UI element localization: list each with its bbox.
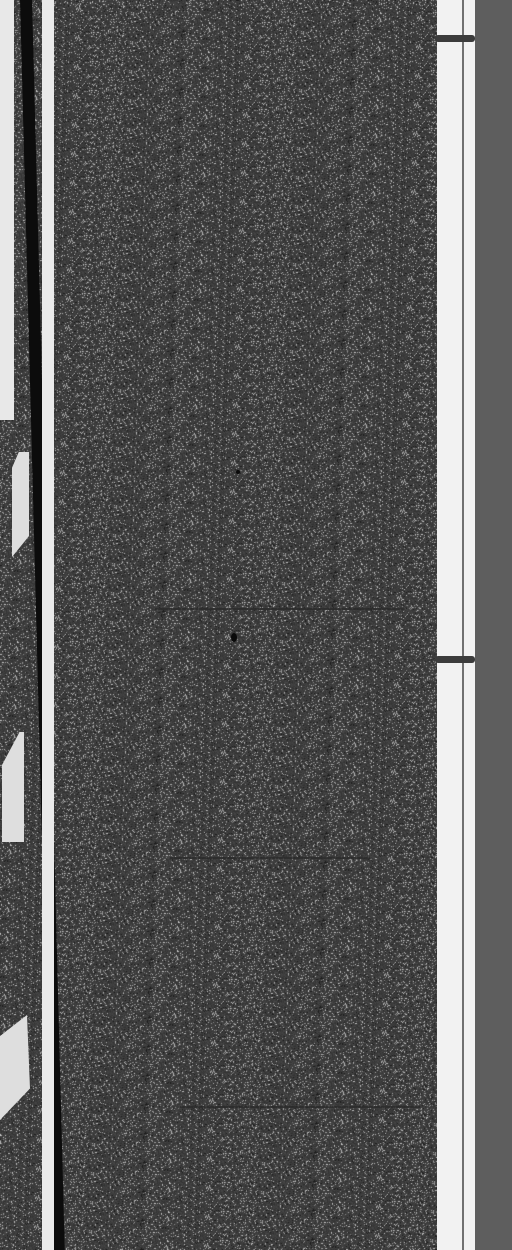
far-left-line [0, 0, 14, 420]
road-scan [0, 0, 512, 1250]
marking-joint [435, 656, 475, 663]
left-lane-line [42, 0, 54, 1250]
pothole-spot [231, 633, 237, 642]
pothole-spot [236, 470, 240, 474]
edge-line-crack [462, 0, 464, 1250]
right-shoulder [475, 0, 512, 1250]
transverse-seam [155, 608, 405, 610]
right-edge-line [437, 0, 475, 1250]
marking-joint [435, 35, 475, 42]
asphalt-texture [0, 0, 512, 1250]
transverse-seam [180, 1106, 420, 1108]
transverse-seam [170, 857, 370, 859]
